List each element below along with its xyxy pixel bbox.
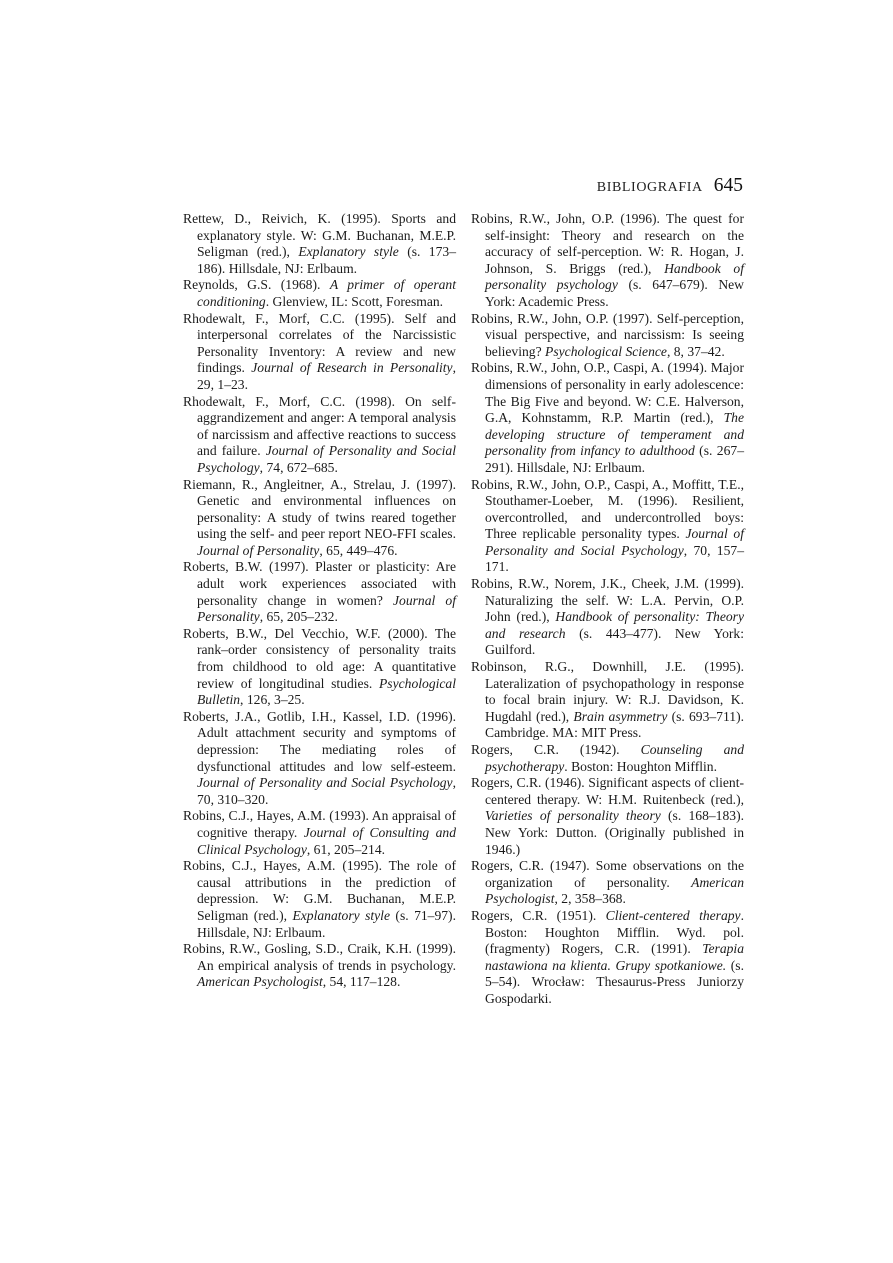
reference-entry: Rogers, C.R. (1946). Significant aspects… <box>471 775 744 858</box>
running-header: BIBLIOGRAFIA645 <box>183 175 743 197</box>
reference-entry: Rogers, C.R. (1947). Some observations o… <box>471 858 744 908</box>
right-column: Robins, R.W., John, O.P. (1996). The que… <box>471 211 744 1008</box>
reference-entry: Robins, R.W., John, O.P. (1997). Self-pe… <box>471 311 744 361</box>
reference-entry: Robins, R.W., Norem, J.K., Cheek, J.M. (… <box>471 576 744 659</box>
bibliography-header-title: BIBLIOGRAFIA <box>597 180 703 195</box>
reference-entry: Rogers, C.R. (1942). Counseling and psyc… <box>471 742 744 775</box>
reference-entry: Reynolds, G.S. (1968). A primer of opera… <box>183 277 456 310</box>
reference-entry: Robins, C.J., Hayes, A.M. (1995). The ro… <box>183 858 456 941</box>
left-column: Rettew, D., Reivich, K. (1995). Sports a… <box>183 211 456 1008</box>
reference-entry: Rhodewalt, F., Morf, C.C. (1995). Self a… <box>183 311 456 394</box>
reference-entry: Riemann, R., Angleitner, A., Strelau, J.… <box>183 477 456 560</box>
book-page: BIBLIOGRAFIA645 Rettew, D., Reivich, K. … <box>0 0 893 1263</box>
reference-entry: Robins, C.J., Hayes, A.M. (1993). An app… <box>183 808 456 858</box>
reference-entry: Robins, R.W., Gosling, S.D., Craik, K.H.… <box>183 941 456 991</box>
reference-entry: Roberts, B.W., Del Vecchio, W.F. (2000).… <box>183 626 456 709</box>
page-number: 645 <box>714 175 743 196</box>
reference-entry: Robins, R.W., John, O.P., Caspi, A. (199… <box>471 360 744 476</box>
reference-entry: Robins, R.W., John, O.P. (1996). The que… <box>471 211 744 311</box>
reference-entry: Rettew, D., Reivich, K. (1995). Sports a… <box>183 211 456 277</box>
reference-entry: Roberts, B.W. (1997). Plaster or plastic… <box>183 559 456 625</box>
reference-entry: Roberts, J.A., Gotlib, I.H., Kassel, I.D… <box>183 709 456 809</box>
reference-entry: Robins, R.W., John, O.P., Caspi, A., Mof… <box>471 477 744 577</box>
reference-entry: Rhodewalt, F., Morf, C.C. (1998). On sel… <box>183 394 456 477</box>
bibliography-columns: Rettew, D., Reivich, K. (1995). Sports a… <box>183 211 745 1008</box>
reference-entry: Rogers, C.R. (1951). Client-centered the… <box>471 908 744 1008</box>
reference-entry: Robinson, R.G., Downhill, J.E. (1995). L… <box>471 659 744 742</box>
